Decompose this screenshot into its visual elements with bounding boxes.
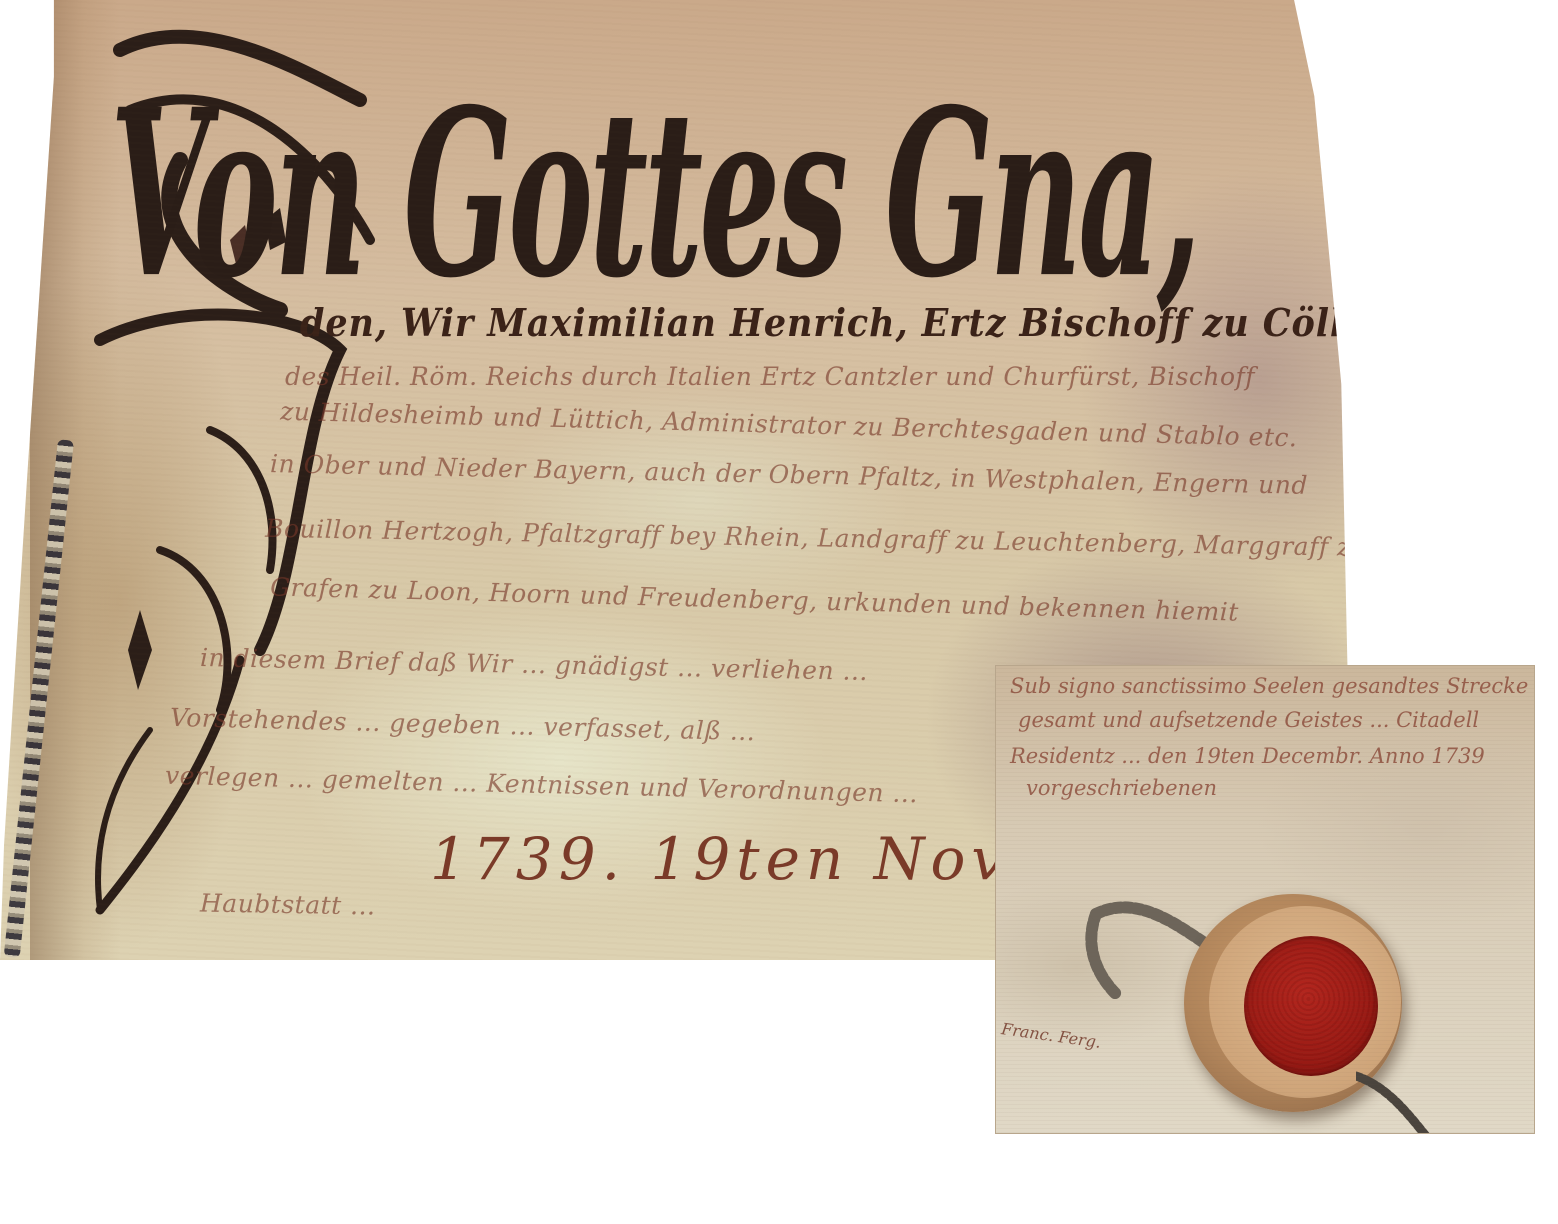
inset-text-line: Residentz ... den 19ten Decembr. Anno 17… — [1010, 744, 1485, 768]
body-line: Grafen zu Loon, Hoorn und Freudenberg, u… — [270, 572, 1239, 626]
body-line: des Heil. Röm. Reichs durch Italien Ertz… — [285, 362, 1255, 391]
body-line: zu Hildesheimb und Lüttich, Administrato… — [280, 397, 1298, 453]
body-line: Haubtstatt ... — [200, 888, 376, 920]
inset-text-line: gesamt und aufsetzende Geistes ... Citad… — [1018, 708, 1479, 732]
inset-text-line: vorgeschriebenen — [1026, 776, 1217, 800]
issuer-line: den, Wir Maximilian Henrich, Ertz Bischo… — [300, 300, 1348, 345]
cord-tail-icon — [1356, 1066, 1476, 1134]
title-heading: Von Gottes Gna, — [110, 80, 1198, 310]
body-line: in Ober und Nieder Bayern, auch der Ober… — [270, 449, 1308, 500]
body-line: Bouillon Hertzogh, Pfaltzgraff bey Rhein… — [265, 514, 1348, 565]
inset-text-line: Sub signo sanctissimo Seelen gesandtes S… — [1010, 674, 1535, 698]
red-wax-seal-icon — [1244, 936, 1378, 1076]
seal-inset-photo: Sub signo sanctissimo Seelen gesandtes S… — [995, 665, 1535, 1134]
title-heading-container: Von Gottes Gna, — [110, 70, 1310, 310]
